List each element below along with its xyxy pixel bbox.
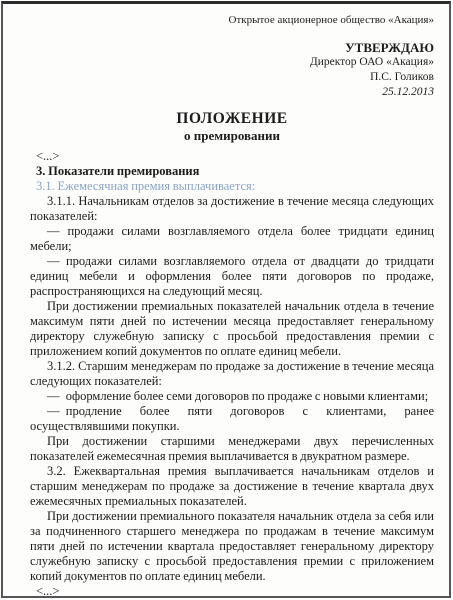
paragraph: <...> (30, 149, 434, 164)
approver-name: П.С. Голиков (30, 70, 434, 85)
paragraph: — продление более пяти договоров с клиен… (30, 404, 434, 434)
paragraph: 3. Показатели премирования (30, 164, 434, 179)
paragraph: — продажи силами возглавляемого отдела о… (30, 254, 434, 299)
approval-block: УТВЕРЖДАЮ Директор ОАО «Акация» П.С. Гол… (30, 40, 434, 100)
paragraph: При достижении старшими менеджерами двух… (30, 434, 434, 464)
document-title: ПОЛОЖЕНИЕ (30, 110, 434, 128)
document-page: Открытое акционерное общество «Акация» У… (1, 1, 451, 598)
approval-date: 25.12.2013 (30, 85, 434, 100)
document-subtitle: о премировании (30, 128, 434, 144)
paragraph: При достижении премиального показателя н… (30, 509, 434, 584)
paragraph: — оформление более семи договоров по про… (30, 389, 434, 404)
paragraph: — продажи силами возглавляемого отдела б… (30, 224, 434, 254)
paragraph: <...> (30, 584, 434, 598)
approval-label: УТВЕРЖДАЮ (30, 40, 434, 55)
paragraph: 3.1.2. Старшим менеджерам по продаже за … (30, 359, 434, 389)
approver-title: Директор ОАО «Акация» (30, 55, 434, 70)
document-body: <...>3. Показатели премирования3.1. Ежем… (30, 149, 434, 598)
paragraph: 3.1. Ежемесячная премия выплачивается: (30, 179, 434, 194)
paragraph: При достижении премиальных показателей н… (30, 299, 434, 359)
screenshot-viewport: Открытое акционерное общество «Акация» У… (0, 0, 453, 600)
organization-name: Открытое акционерное общество «Акация» (30, 13, 434, 27)
paragraph: 3.2. Ежеквартальная премия выплачивается… (30, 464, 434, 509)
paragraph: 3.1.1. Начальникам отделов за достижение… (30, 194, 434, 224)
